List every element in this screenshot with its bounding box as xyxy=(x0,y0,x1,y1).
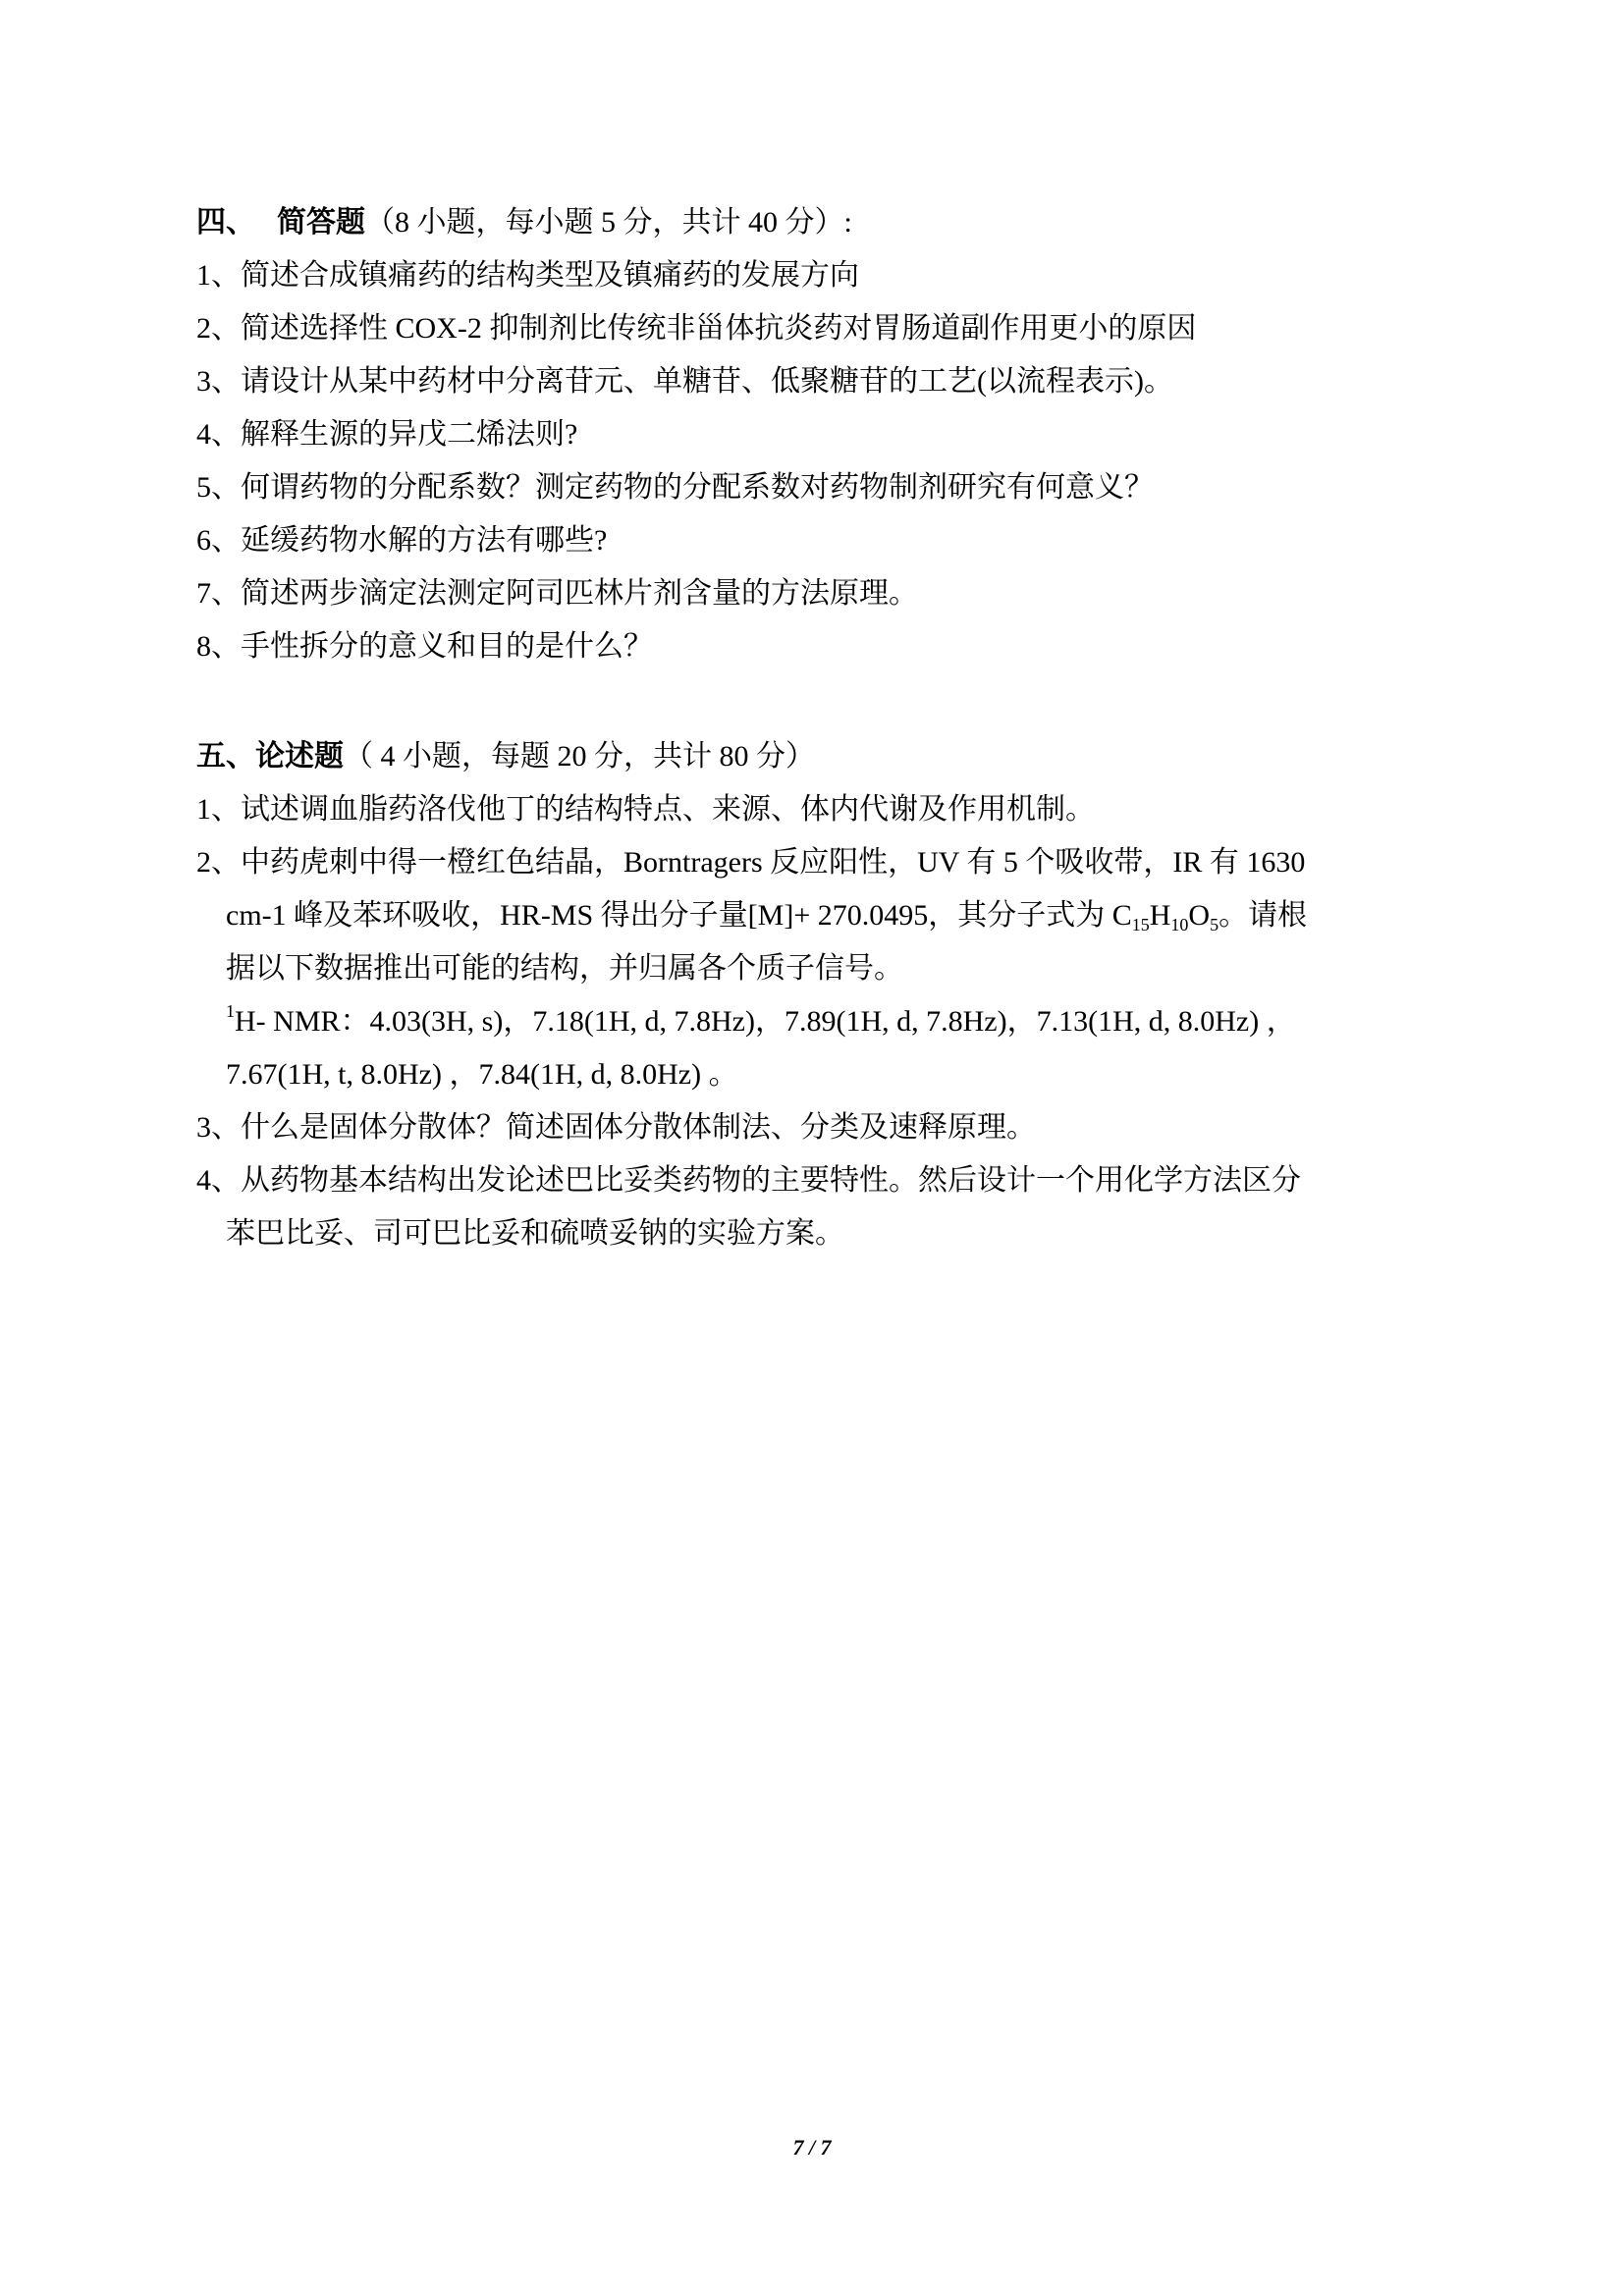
question-item: 1、简述合成镇痛药的结构类型及镇痛药的发展方向 xyxy=(196,249,1443,302)
exam-page: 四、简答题（8 小题，每小题 5 分，共计 40 分）: 1、简述合成镇痛药的结… xyxy=(0,0,1624,2296)
question-text: 简述两步滴定法测定阿司匹林片剂含量的方法原理。 xyxy=(241,577,918,610)
question-item: 3、请设计从某中药材中分离苷元、单糖苷、低聚糖苷的工艺(以流程表示)。 xyxy=(196,355,1443,408)
question-text: 。请根 xyxy=(1218,899,1307,932)
formula-subscript: 15 xyxy=(1132,915,1150,934)
question-number: 6、 xyxy=(196,524,241,557)
page-number: 7 / 7 xyxy=(0,2135,1624,2161)
section-title: 简答题 xyxy=(277,206,365,239)
question-number: 5、 xyxy=(196,471,241,504)
question-item: 6、延缓药物水解的方法有哪些? xyxy=(196,514,1443,567)
formula-element: H xyxy=(1150,899,1171,932)
question-number: 7、 xyxy=(196,577,241,610)
question-line: 苯巴比妥、司可巴比妥和硫喷妥钠的实验方案。 xyxy=(196,1207,1443,1260)
question-item: 4、从药物基本结构出发论述巴比妥类药物的主要特性。然后设计一个用化学方法区分 苯… xyxy=(196,1154,1443,1260)
question-number: 3、 xyxy=(196,365,241,398)
question-number: 4、 xyxy=(196,1164,241,1197)
section-heading: 五、论述题（ 4 小题，每题 20 分，共计 80 分） xyxy=(196,730,1443,783)
question-text: 延缓药物水解的方法有哪些? xyxy=(241,524,607,557)
section-number: 四、 xyxy=(196,206,255,239)
formula-subscript: 5 xyxy=(1210,915,1218,934)
nmr-data-line: 1H- NMR：4.03(3H, s)，7.18(1H, d, 7.8Hz)，7… xyxy=(196,995,1443,1048)
section-title: 论述题 xyxy=(255,740,344,773)
question-item: 3、什么是固体分散体？简述固体分散体制法、分类及速释原理。 xyxy=(196,1101,1443,1154)
isotope-superscript: 1 xyxy=(226,1001,235,1021)
question-text: 简述选择性 COX-2 抑制剂比传统非甾体抗炎药对胃肠道副作用更小的原因 xyxy=(241,312,1196,345)
nmr-data: 7.67(1H, t, 8.0Hz) ，7.84(1H, d, 8.0Hz) 。 xyxy=(226,1058,738,1091)
question-number: 3、 xyxy=(196,1111,241,1144)
question-text: 简述合成镇痛药的结构类型及镇痛药的发展方向 xyxy=(241,259,859,292)
question-number: 4、 xyxy=(196,418,241,451)
question-item: 8、手性拆分的意义和目的是什么？ xyxy=(196,620,1443,673)
question-number: 2、 xyxy=(196,312,241,345)
section-essay: 五、论述题（ 4 小题，每题 20 分，共计 80 分） 1、试述调血脂药洛伐他… xyxy=(196,730,1443,1260)
question-number: 1、 xyxy=(196,793,241,826)
question-line: 4、从药物基本结构出发论述巴比妥类药物的主要特性。然后设计一个用化学方法区分 xyxy=(196,1154,1443,1207)
question-text: 解释生源的异戊二烯法则? xyxy=(241,418,577,451)
question-item: 4、解释生源的异戊二烯法则? xyxy=(196,408,1443,461)
question-number: 2、 xyxy=(196,846,241,879)
question-text: 请设计从某中药材中分离苷元、单糖苷、低聚糖苷的工艺(以流程表示)。 xyxy=(241,365,1173,398)
section-scoring-note: （8 小题，每小题 5 分，共计 40 分）: xyxy=(365,206,852,239)
question-text: 据以下数据推出可能的结构，并归属各个质子信号。 xyxy=(226,952,903,985)
section-short-answer: 四、简答题（8 小题，每小题 5 分，共计 40 分）: 1、简述合成镇痛药的结… xyxy=(196,196,1443,673)
question-text: cm-1 峰及苯环吸收，HR-MS 得出分子量[M]+ 270.0495，其分子… xyxy=(226,899,1132,932)
formula-subscript: 10 xyxy=(1170,915,1188,934)
question-line: cm-1 峰及苯环吸收，HR-MS 得出分子量[M]+ 270.0495，其分子… xyxy=(196,889,1443,942)
question-item: 7、简述两步滴定法测定阿司匹林片剂含量的方法原理。 xyxy=(196,567,1443,620)
question-text: 什么是固体分散体？简述固体分散体制法、分类及速释原理。 xyxy=(241,1111,1036,1144)
formula-element: O xyxy=(1188,899,1210,932)
question-text: 从药物基本结构出发论述巴比妥类药物的主要特性。然后设计一个用化学方法区分 xyxy=(241,1164,1301,1197)
question-text: 何谓药物的分配系数？测定药物的分配系数对药物制剂研究有何意义？ xyxy=(241,471,1154,504)
section-heading: 四、简答题（8 小题，每小题 5 分，共计 40 分）: xyxy=(196,196,1443,249)
nmr-data-line: 7.67(1H, t, 8.0Hz) ，7.84(1H, d, 8.0Hz) 。 xyxy=(196,1048,1443,1101)
question-item: 1、试述调血脂药洛伐他丁的结构特点、来源、体内代谢及作用机制。 xyxy=(196,783,1443,836)
question-item: 2、中药虎刺中得一橙红色结晶，Borntragers 反应阳性，UV 有 5 个… xyxy=(196,836,1443,1101)
question-text: 手性拆分的意义和目的是什么？ xyxy=(241,630,653,663)
question-line: 据以下数据推出可能的结构，并归属各个质子信号。 xyxy=(196,942,1443,995)
section-scoring-note: （ 4 小题，每题 20 分，共计 80 分） xyxy=(344,740,815,773)
question-item: 5、何谓药物的分配系数？测定药物的分配系数对药物制剂研究有何意义？ xyxy=(196,461,1443,514)
section-number: 五、 xyxy=(196,740,255,773)
question-line: 2、中药虎刺中得一橙红色结晶，Borntragers 反应阳性，UV 有 5 个… xyxy=(196,836,1443,889)
question-text: 中药虎刺中得一橙红色结晶，Borntragers 反应阳性，UV 有 5 个吸收… xyxy=(241,846,1305,879)
question-text: 试述调血脂药洛伐他丁的结构特点、来源、体内代谢及作用机制。 xyxy=(241,793,1095,826)
question-number: 1、 xyxy=(196,259,241,292)
question-number: 8、 xyxy=(196,630,241,663)
question-item: 2、简述选择性 COX-2 抑制剂比传统非甾体抗炎药对胃肠道副作用更小的原因 xyxy=(196,302,1443,355)
nmr-data: H- NMR：4.03(3H, s)，7.18(1H, d, 7.8Hz)，7.… xyxy=(235,1005,1296,1038)
question-text: 苯巴比妥、司可巴比妥和硫喷妥钠的实验方案。 xyxy=(226,1217,844,1250)
